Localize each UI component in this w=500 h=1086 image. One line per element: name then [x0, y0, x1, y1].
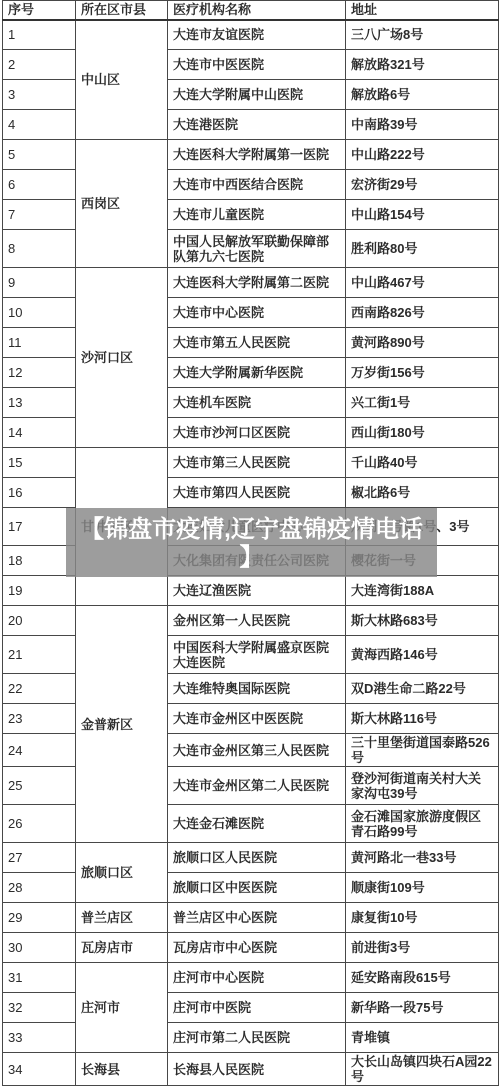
institution-name-cell: 大连港医院	[168, 110, 346, 140]
address-cell: 斯大林路683号	[346, 606, 499, 636]
serial-number-cell: 21	[3, 636, 76, 674]
institution-name-cell: 大连市沙河口区医院	[168, 418, 346, 448]
institution-name-cell: 大连市金州区中医医院	[168, 704, 346, 734]
serial-number-cell: 5	[3, 140, 76, 170]
serial-number-cell: 17	[3, 508, 76, 546]
serial-number-cell: 29	[3, 903, 76, 933]
institution-name-cell: 庄河市第二人民医院	[168, 1023, 346, 1053]
serial-number-cell: 24	[3, 734, 76, 767]
header-institution-name: 医疗机构名称	[168, 1, 346, 20]
table-row: 15甘井子区大连市第三人民医院千山路40号	[3, 448, 499, 478]
institution-name-cell: 大连大学附属新华医院	[168, 358, 346, 388]
address-cell: 三十里堡街道国泰路526号	[346, 734, 499, 767]
institution-name-cell: 旅顺口区中医医院	[168, 873, 346, 903]
serial-number-cell: 3	[3, 80, 76, 110]
address-cell: 新华路一段75号	[346, 993, 499, 1023]
address-cell: 宏济街29号	[346, 170, 499, 200]
watermark-overlay: 【锦盘市疫情,辽宁盘锦疫情电话 】	[66, 508, 437, 577]
institution-name-cell: 大连医科大学附属第一医院	[168, 140, 346, 170]
address-cell: 延安路南段615号	[346, 963, 499, 993]
watermark-text-line2: 】	[240, 545, 264, 571]
address-cell: 椒北路6号	[346, 478, 499, 508]
serial-number-cell: 13	[3, 388, 76, 418]
district-cell: 沙河口区	[76, 268, 168, 448]
institution-name-cell: 大连大学附属中山医院	[168, 80, 346, 110]
address-cell: 斯大林路116号	[346, 704, 499, 734]
table-row: 1中山区大连市友谊医院三八广场8号	[3, 20, 499, 50]
table-row: 31庄河市庄河市中心医院延安路南段615号	[3, 963, 499, 993]
serial-number-cell: 20	[3, 606, 76, 636]
address-cell: 中山路154号	[346, 200, 499, 230]
address-cell: 金石滩国家旅游度假区青石路99号	[346, 805, 499, 843]
serial-number-cell: 10	[3, 298, 76, 328]
serial-number-cell: 25	[3, 767, 76, 805]
district-cell: 普兰店区	[76, 903, 168, 933]
serial-number-cell: 6	[3, 170, 76, 200]
institution-name-cell: 庄河市中心医院	[168, 963, 346, 993]
table-row: 34长海县长海县人民医院大长山岛镇四块石A园22号	[3, 1053, 499, 1086]
header-address: 地址	[346, 1, 499, 20]
address-cell: 青堆镇	[346, 1023, 499, 1053]
serial-number-cell: 11	[3, 328, 76, 358]
institution-name-cell: 大连维特奥国际医院	[168, 674, 346, 704]
institution-name-cell: 大连医科大学附属第二医院	[168, 268, 346, 298]
address-cell: 中南路39号	[346, 110, 499, 140]
address-cell: 胜利路80号	[346, 230, 499, 268]
institution-name-cell: 大连市金州区第三人民医院	[168, 734, 346, 767]
address-cell: 解放路321号	[346, 50, 499, 80]
institution-name-cell: 大连市第五人民医院	[168, 328, 346, 358]
serial-number-cell: 32	[3, 993, 76, 1023]
institution-name-cell: 大连市第三人民医院	[168, 448, 346, 478]
address-cell: 黄海西路146号	[346, 636, 499, 674]
district-cell: 西岗区	[76, 140, 168, 268]
district-cell: 旅顺口区	[76, 843, 168, 903]
serial-number-cell: 34	[3, 1053, 76, 1086]
address-cell: 黄河路890号	[346, 328, 499, 358]
serial-number-cell: 33	[3, 1023, 76, 1053]
district-cell: 瓦房店市	[76, 933, 168, 963]
serial-number-cell: 23	[3, 704, 76, 734]
institution-name-cell: 金州区第一人民医院	[168, 606, 346, 636]
address-cell: 双D港生命二路22号	[346, 674, 499, 704]
institution-name-cell: 大连市中西医结合医院	[168, 170, 346, 200]
institution-name-cell: 大连辽渔医院	[168, 576, 346, 606]
institution-name-cell: 中国人民解放军联勤保障部队第九六七医院	[168, 230, 346, 268]
table-row: 9沙河口区大连医科大学附属第二医院中山路467号	[3, 268, 499, 298]
serial-number-cell: 30	[3, 933, 76, 963]
serial-number-cell: 15	[3, 448, 76, 478]
table-row: 29普兰店区普兰店区中心医院康复街10号	[3, 903, 499, 933]
serial-number-cell: 19	[3, 576, 76, 606]
institution-name-cell: 大连市金州区第二人民医院	[168, 767, 346, 805]
address-cell: 解放路6号	[346, 80, 499, 110]
institution-name-cell: 大连市中医医院	[168, 50, 346, 80]
table-row: 5西岗区大连医科大学附属第一医院中山路222号	[3, 140, 499, 170]
header-serial-number: 序号	[3, 1, 76, 20]
institution-name-cell: 旅顺口区人民医院	[168, 843, 346, 873]
serial-number-cell: 4	[3, 110, 76, 140]
table-row: 27旅顺口区旅顺口区人民医院黄河路北一巷33号	[3, 843, 499, 873]
address-cell: 西山街180号	[346, 418, 499, 448]
address-cell: 前进街3号	[346, 933, 499, 963]
table-header-row: 序号 所在区市县 医疗机构名称 地址	[3, 1, 499, 20]
institution-name-cell: 长海县人民医院	[168, 1053, 346, 1086]
district-cell: 中山区	[76, 20, 168, 140]
serial-number-cell: 28	[3, 873, 76, 903]
serial-number-cell: 7	[3, 200, 76, 230]
serial-number-cell: 9	[3, 268, 76, 298]
address-cell: 顺康街109号	[346, 873, 499, 903]
address-cell: 黄河路北一巷33号	[346, 843, 499, 873]
institution-name-cell: 大连市第四人民医院	[168, 478, 346, 508]
hospital-table-page: 序号 所在区市县 医疗机构名称 地址 1中山区大连市友谊医院三八广场8号2大连市…	[0, 0, 500, 1086]
serial-number-cell: 27	[3, 843, 76, 873]
serial-number-cell: 31	[3, 963, 76, 993]
address-cell: 中山路467号	[346, 268, 499, 298]
serial-number-cell: 1	[3, 20, 76, 50]
district-cell: 金普新区	[76, 606, 168, 843]
address-cell: 千山路40号	[346, 448, 499, 478]
institution-name-cell: 中国医科大学附属盛京医院大连医院	[168, 636, 346, 674]
address-cell: 大长山岛镇四块石A园22号	[346, 1053, 499, 1086]
institution-name-cell: 大连市中心医院	[168, 298, 346, 328]
address-cell: 登沙河街道南关村大关家沟屯39号	[346, 767, 499, 805]
address-cell: 万岁街156号	[346, 358, 499, 388]
institution-name-cell: 大连机车医院	[168, 388, 346, 418]
serial-number-cell: 14	[3, 418, 76, 448]
serial-number-cell: 26	[3, 805, 76, 843]
institution-name-cell: 大连市友谊医院	[168, 20, 346, 50]
address-cell: 中山路222号	[346, 140, 499, 170]
institution-name-cell: 普兰店区中心医院	[168, 903, 346, 933]
institution-name-cell: 庄河市中医院	[168, 993, 346, 1023]
table-row: 20金普新区金州区第一人民医院斯大林路683号	[3, 606, 499, 636]
serial-number-cell: 8	[3, 230, 76, 268]
institution-name-cell: 大连市儿童医院	[168, 200, 346, 230]
address-cell: 西南路826号	[346, 298, 499, 328]
district-cell: 庄河市	[76, 963, 168, 1053]
address-cell: 兴工街1号	[346, 388, 499, 418]
table-row: 30瓦房店市瓦房店市中心医院前进街3号	[3, 933, 499, 963]
serial-number-cell: 12	[3, 358, 76, 388]
serial-number-cell: 18	[3, 546, 76, 576]
address-cell: 大连湾街188A	[346, 576, 499, 606]
address-cell: 康复街10号	[346, 903, 499, 933]
header-district: 所在区市县	[76, 1, 168, 20]
institution-name-cell: 大连金石滩医院	[168, 805, 346, 843]
serial-number-cell: 22	[3, 674, 76, 704]
district-cell: 长海县	[76, 1053, 168, 1086]
address-cell: 三八广场8号	[346, 20, 499, 50]
institution-name-cell: 瓦房店市中心医院	[168, 933, 346, 963]
watermark-text-line1: 【锦盘市疫情,辽宁盘锦疫情电话	[80, 515, 423, 545]
serial-number-cell: 2	[3, 50, 76, 80]
serial-number-cell: 16	[3, 478, 76, 508]
